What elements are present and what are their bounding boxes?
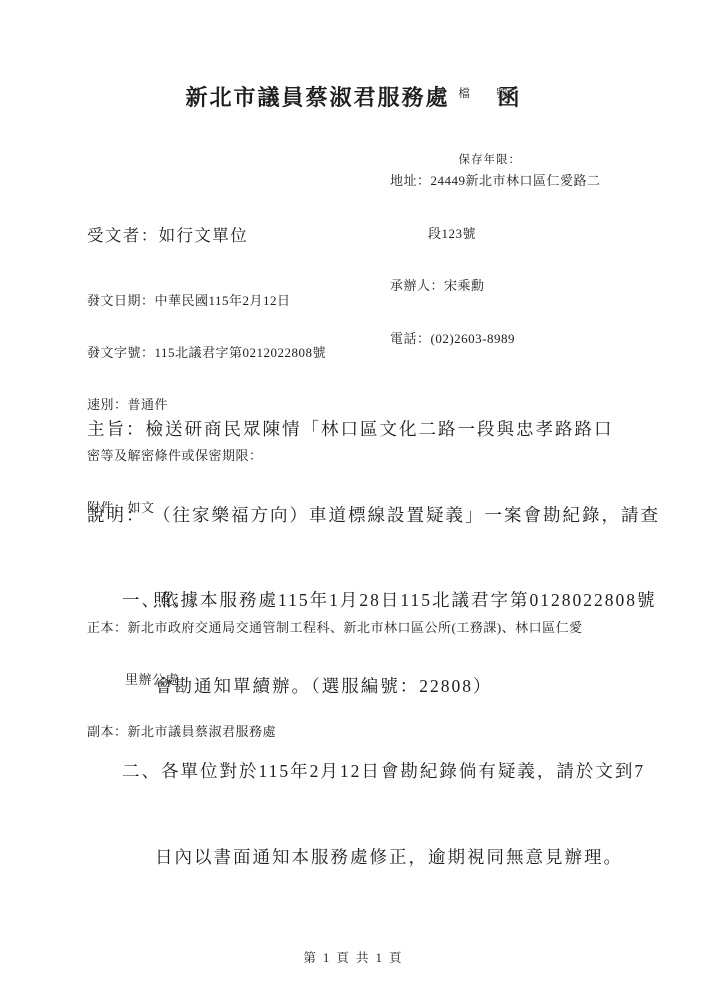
sender-contact-person: 承辦人：宋乘勳 xyxy=(390,277,601,295)
copies-section: 正本：新北市政府交通局交通管制工程科、新北市林口區公所(工務課)、林口區仁愛 里… xyxy=(87,585,583,774)
recipient-line: 受文者：如行文單位 xyxy=(87,222,248,246)
sender-address-line1: 地址：24449新北市林口區仁愛路二 xyxy=(390,172,601,190)
sender-info-block: 地址：24449新北市林口區仁愛路二 段123號 承辦人：宋乘勳 電話：(02)… xyxy=(390,137,601,382)
original-copy-line2: 里辦公處 xyxy=(87,671,583,688)
document-title: 新北市議員蔡淑君服務處 函 xyxy=(0,81,707,112)
original-copy-line1: 正本：新北市政府交通局交通管制工程科、新北市林口區公所(工務課)、林口區仁愛 xyxy=(87,619,583,636)
subject-line-1: 主旨：檢送研商民眾陳情「林口區文化二路一段與忠孝路路口 xyxy=(87,415,660,444)
issue-date-line: 發文日期：中華民國115年2月12日 xyxy=(87,292,326,309)
page-number-footer: 第 1 頁 共 1 頁 xyxy=(0,948,707,966)
cc-copy-line: 副本：新北市議員蔡淑君服務處 xyxy=(87,723,583,740)
official-letter-page: 檔 號： 保存年限： 新北市議員蔡淑君服務處 函 地址：24449新北市林口區仁… xyxy=(0,0,707,1000)
sender-address-line2: 段123號 xyxy=(390,225,601,243)
explanation-label: 說明： xyxy=(87,501,656,530)
explanation-item2-line2: 日內以書面通知本服務處修正，逾期視同無意見辦理。 xyxy=(87,843,656,872)
sender-phone: 電話：(02)2603-8989 xyxy=(390,330,601,348)
